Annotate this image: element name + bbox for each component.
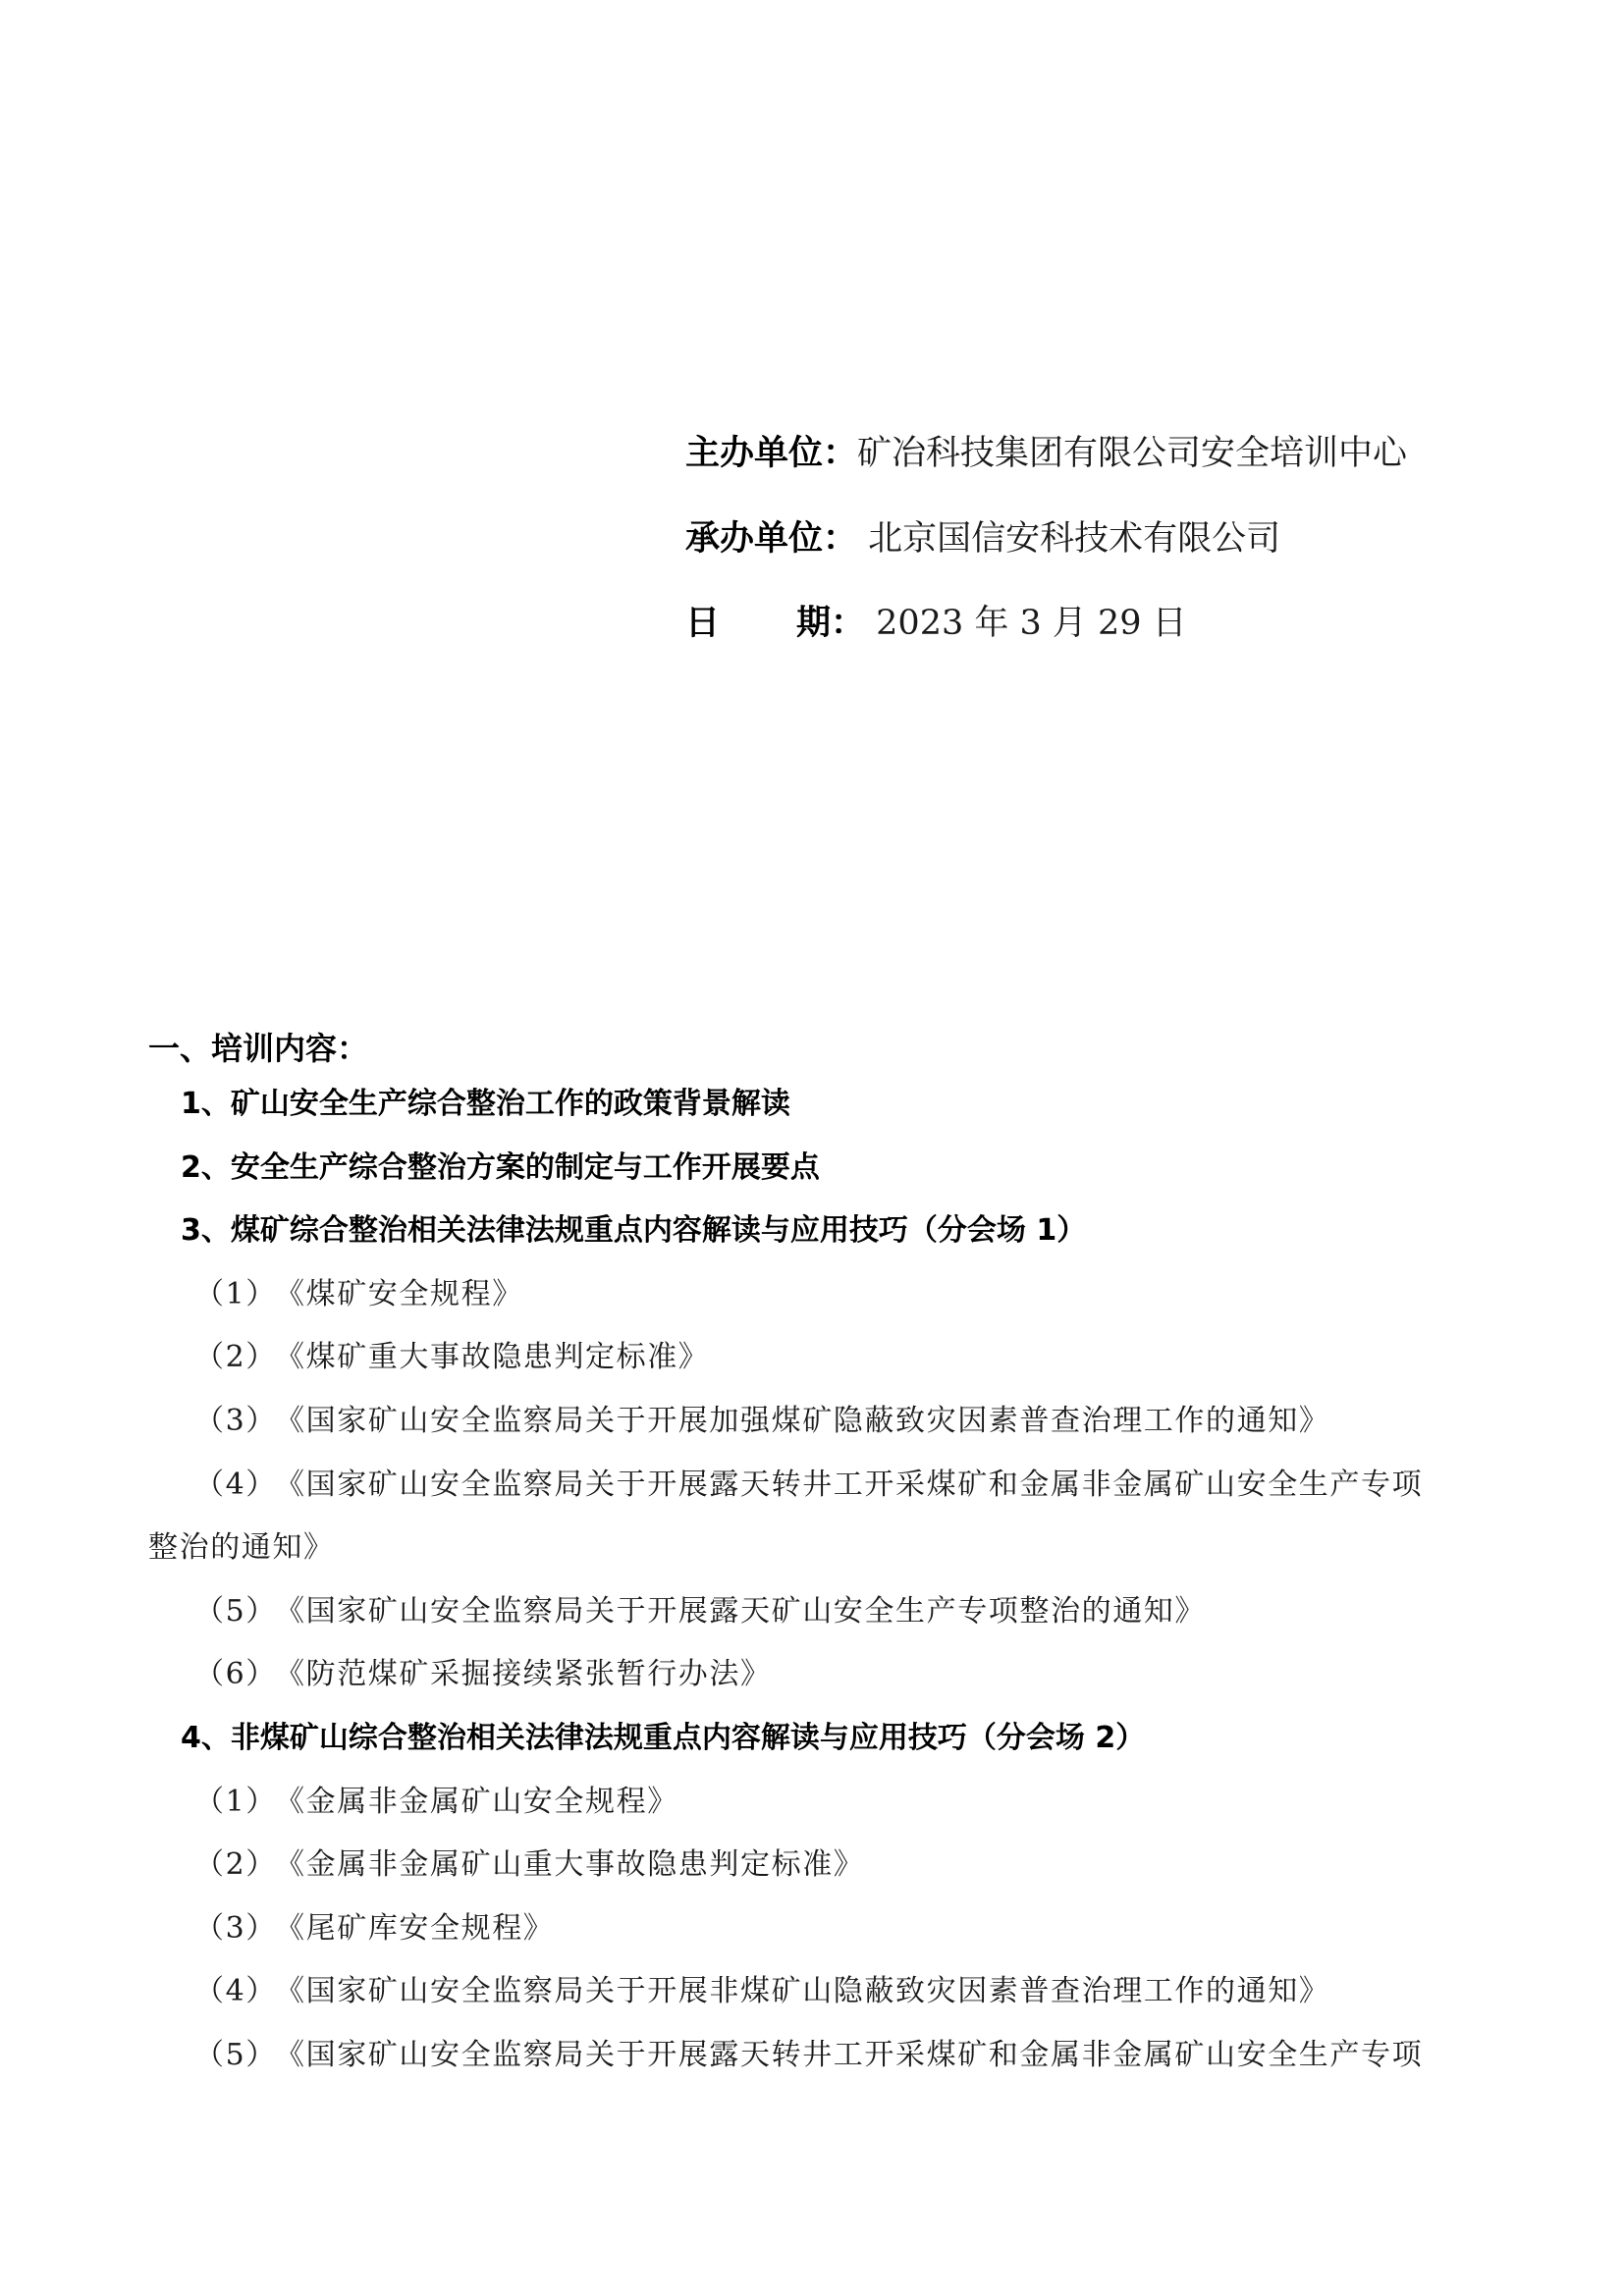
list-number: （3） <box>194 1409 275 1434</box>
regulation-list-item: （5）《国家矿山安全监察局关于开展露天转井工开采煤矿和金属非金属矿山安全生产专项 <box>148 2056 1476 2119</box>
regulation-title: 《国家矿山安全监察局关于开展加强煤矿隐蔽致灾因素普查治理工作的通知》 <box>275 1404 1329 1438</box>
regulation-title: 《防范煤矿采掘接续紧张暂行办法》 <box>275 1657 772 1691</box>
date-label-start: 日 <box>685 604 720 643</box>
co-organizer-value: 北京国信安科技术有限公司 <box>857 513 1280 564</box>
regulation-title: 《煤矿重大事故隐患判定标准》 <box>275 1340 709 1374</box>
regulation-title: 《尾矿库安全规程》 <box>275 1911 554 1946</box>
list-number: （2） <box>194 1852 275 1878</box>
document-page: 主办单位：矿冶科技集团有限公司安全培训中心 承办单位： 北京国信安科技术有限公司… <box>0 0 1624 2296</box>
regulation-title: 《国家矿山安全监察局关于开展露天转井工开采煤矿和金属非金属矿山安全生产专项 <box>275 2038 1423 2072</box>
date-label-end: 期： <box>796 604 865 643</box>
regulation-title: 《煤矿安全规程》 <box>275 1277 523 1311</box>
item-label: 2、安全生产综合整治方案的制定与工作开展要点 <box>181 1150 820 1185</box>
section-heading: 一、培训内容： <box>148 1029 1476 1068</box>
training-content-section: 一、培训内容： 1、矿山安全生产综合整治工作的政策背景解读 2、安全生产综合整治… <box>148 1029 1476 2119</box>
regulation-title-wrap: 整治的通知》 <box>148 1530 335 1565</box>
list-number: （6） <box>194 1662 275 1687</box>
organizer-label: 主办单位： <box>685 428 857 479</box>
regulation-title: 《金属非金属矿山重大事故隐患判定标准》 <box>275 1847 864 1882</box>
regulation-title: 《国家矿山安全监察局关于开展非煤矿山隐蔽致灾因素普查治理工作的通知》 <box>275 1974 1329 2008</box>
list-number: （2） <box>194 1345 275 1370</box>
regulation-list-item: （4）《国家矿山安全监察局关于开展露天转井工开采煤矿和金属非金属矿山安全生产专项 <box>148 1485 1476 1549</box>
regulation-title: 《国家矿山安全监察局关于开展露天矿山安全生产专项整治的通知》 <box>275 1594 1206 1629</box>
co-organizer-label: 承办单位： <box>685 513 857 564</box>
item-label: 3、煤矿综合整治相关法律法规重点内容解读与应用技巧（分会场 1） <box>181 1213 1086 1248</box>
list-number: （5） <box>194 2043 275 2068</box>
list-number: （4） <box>194 1472 275 1498</box>
item-label: 1、矿山安全生产综合整治工作的政策背景解读 <box>181 1087 790 1121</box>
item-label: 4、非煤矿山综合整治相关法律法规重点内容解读与应用技巧（分会场 2） <box>181 1721 1145 1755</box>
date-row: 日期： 2023 年 3 月 29 日 <box>685 598 1569 683</box>
regulation-title: 《国家矿山安全监察局关于开展露天转井工开采煤矿和金属非金属矿山安全生产专项 <box>275 1468 1423 1502</box>
date-value: 2023 年 3 月 29 日 <box>865 598 1187 649</box>
co-organizer-row: 承办单位： 北京国信安科技术有限公司 <box>685 513 1569 599</box>
organizer-value: 矿冶科技集团有限公司安全培训中心 <box>857 428 1407 479</box>
regulation-title: 《金属非金属矿山安全规程》 <box>275 1785 678 1819</box>
list-number: （1） <box>194 1282 275 1308</box>
date-label: 日期： <box>685 598 865 649</box>
list-number: （4） <box>194 1979 275 2004</box>
list-number: （3） <box>194 1916 275 1942</box>
list-number: （1） <box>194 1789 275 1815</box>
event-info-block: 主办单位：矿冶科技集团有限公司安全培训中心 承办单位： 北京国信安科技术有限公司… <box>685 428 1569 683</box>
organizer-row: 主办单位：矿冶科技集团有限公司安全培训中心 <box>685 428 1569 513</box>
list-number: （5） <box>194 1599 275 1625</box>
